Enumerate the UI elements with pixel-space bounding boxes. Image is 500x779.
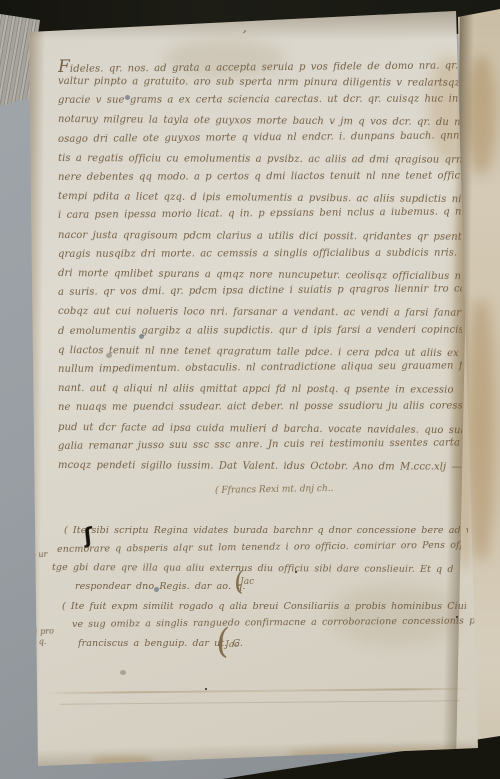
text-line: cobqz aut cui nolueris loco nri. farsana… bbox=[58, 306, 462, 319]
text-line: Fideles. qr. nos. ad grata a accepta ser… bbox=[58, 53, 462, 77]
text-line: tempi pdita a licet qzq. d ipis emolumen… bbox=[58, 191, 462, 205]
text-line: q liactos tenuit nl nne tenet qragratum … bbox=[58, 345, 462, 359]
text-line: pud ut dcr facte ad ipsa cuida mulieri d… bbox=[58, 422, 462, 436]
scribal-mark-jac: (Jac bbox=[234, 572, 258, 594]
text-line: ( Ite sibi scriptu Regina vidates burada… bbox=[64, 525, 468, 536]
text-line: ne nuaqs me puendci ssudear. aict deber.… bbox=[58, 401, 462, 413]
text-line: valtur pinpto a gratuito. aro sub sperta… bbox=[58, 76, 462, 89]
margin-note: fius pho ur · qra bbox=[3, 550, 48, 572]
text-line: nullum impedimentum. obstaculis. nl cont… bbox=[58, 360, 462, 375]
text-line: respondear dno Regis. dar ao. q. bbox=[75, 581, 246, 592]
jac-label: Jac bbox=[225, 640, 239, 650]
text-line: nant. aut q aliqui nl aliis qmittat appc… bbox=[58, 383, 462, 396]
text-line: notaruy milgreu la tayla ote guyxos mort… bbox=[58, 114, 462, 128]
text-line: nere debentes qq modo. a p certos q dmi … bbox=[58, 171, 462, 183]
margin-note: qui pro ut. q. bbox=[24, 626, 54, 647]
scribal-mark-jac: (Jac bbox=[216, 632, 243, 657]
stain bbox=[468, 300, 494, 560]
speck bbox=[205, 688, 207, 690]
margin-note-line: · qra bbox=[4, 560, 48, 572]
jac-label: Jac bbox=[240, 577, 254, 587]
manuscript-page: ʼ Fideles. qr. nos. ad grata a accepta s… bbox=[0, 0, 500, 779]
scribal-subscription: ( Ffrancs Rexi mt. dnj ch.. bbox=[215, 484, 334, 496]
text-line: i cara psen ipessa morio licat. q in. p … bbox=[58, 206, 462, 221]
text-line: d emolumentis gargibz a aliis supdictis.… bbox=[58, 325, 462, 337]
spot bbox=[120, 670, 126, 675]
text-line: tis a regatis officiu cu emolumentis a p… bbox=[58, 153, 462, 166]
text-line: encmorare q absperis alqr sut lom tenend… bbox=[57, 540, 461, 555]
stain bbox=[466, 55, 496, 175]
page-edge-shadow-left bbox=[23, 26, 45, 768]
text-line: dri morte qmlibet spurans a qmqz nore nu… bbox=[58, 268, 462, 282]
text-line: a suris. qr vos dmi. qr. pdcm ipsa dicti… bbox=[58, 283, 462, 298]
text-line: osago dri calle ote guyxos morte q vidua… bbox=[58, 130, 462, 145]
text-line: nacor justa qragisoum pdcm clarius a uti… bbox=[58, 230, 462, 243]
text-line: gracie v sue grams a ex certa sciencia c… bbox=[58, 94, 462, 106]
text-line: mcoqz pendeti sigillo iussim. Dat Valent… bbox=[58, 460, 462, 473]
fold-crease bbox=[60, 700, 460, 704]
stain bbox=[92, 756, 152, 766]
margin-note-line: ut. q. bbox=[25, 636, 55, 648]
manuscript-photo: ʼ Fideles. qr. nos. ad grata a accepta s… bbox=[0, 0, 500, 779]
text-line: qragis nusqibz dri morte. ac cemssis a s… bbox=[58, 248, 462, 260]
text-line: galia remanar jusso suu ssc ssc anre. Jn… bbox=[58, 437, 462, 452]
text-line: ( Ite fuit expm similit rogado q alia br… bbox=[62, 601, 466, 612]
fold-crease bbox=[40, 688, 470, 695]
